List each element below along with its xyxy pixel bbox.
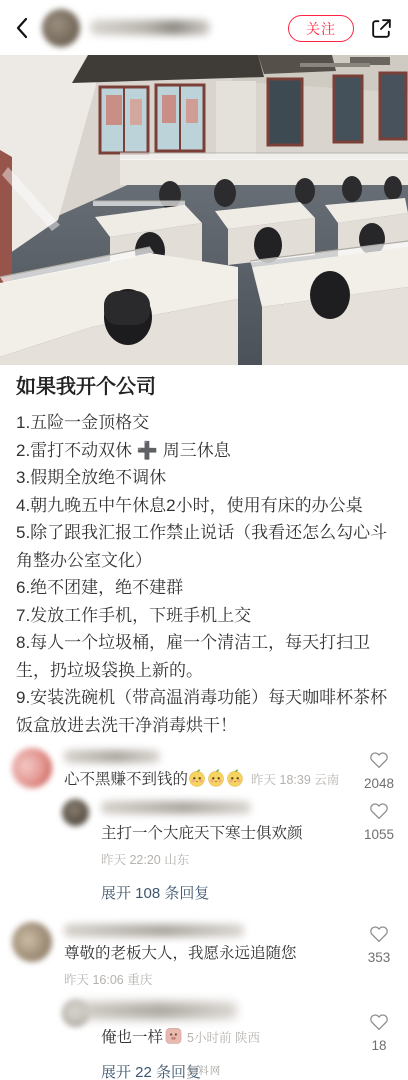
- top-nav-bar: 关注: [0, 0, 408, 55]
- heart-outline-icon: [369, 750, 389, 770]
- post-line: 1.五险一金顶格交: [16, 409, 394, 437]
- like-count: 353: [356, 950, 402, 965]
- post-photo-office[interactable]: [0, 55, 408, 365]
- comment-text-line[interactable]: 俺也一样5小时前 陕西: [101, 1027, 356, 1049]
- author-avatar[interactable]: [42, 9, 80, 47]
- comment-row-reply[interactable]: 主打一个大庇天下寒士俱欢颜 昨天 22:20 山东 展开 108 条回复 105…: [0, 799, 408, 904]
- commenter-avatar[interactable]: [12, 922, 52, 962]
- post-line: 8.每人一个垃圾桶，雇一个清洁工，每天打扫卫生，扔垃圾袋换上新的。: [16, 629, 394, 684]
- comment-row[interactable]: 心不黑赚不到钱的昨天 18:39 云南 2048: [0, 740, 408, 791]
- post-line: 4.朝九晚五中午休息2小时，使用有床的办公桌: [16, 492, 394, 520]
- commenter-avatar[interactable]: [12, 748, 52, 788]
- commenter-username-blurred: [64, 750, 160, 763]
- like-count: 2048: [356, 776, 402, 791]
- post-line: 7.发放工作手机，下班手机上交: [16, 602, 394, 630]
- post-line: 9.安装洗碗机（带高温消毒功能）每天咖啡杯茶杯饭盒放进去洗干净消毒烘干！: [16, 684, 394, 739]
- post-text: 1.五险一金顶格交 2.雷打不动双休 ➕ 周三休息 3.假期全放绝不调休 4.朝…: [16, 409, 394, 739]
- heart-outline-icon: [369, 801, 389, 821]
- author-username-blurred[interactable]: [90, 20, 210, 35]
- commenter-avatar[interactable]: [62, 799, 89, 826]
- comment-meta: 昨天 18:39 云南: [251, 773, 339, 787]
- like-count: 1055: [356, 827, 402, 842]
- comment-row[interactable]: 尊敬的老板大人，我愿永远追随您 昨天 16:06 重庆 353: [0, 922, 408, 988]
- follow-button[interactable]: 关注: [288, 15, 354, 42]
- like-button[interactable]: 353: [356, 922, 402, 965]
- commenter-username-blurred: [64, 924, 244, 937]
- post-line: 5.除了跟我汇报工作禁止说话（我看还怎么勾心斗角整办公室文化）: [16, 519, 394, 574]
- comment-meta: 昨天 16:06 重庆: [64, 970, 356, 988]
- heart-outline-icon: [369, 924, 389, 944]
- comment-meta: 5小时前 陕西: [187, 1031, 260, 1045]
- pink-sticker-emoji: [165, 1027, 182, 1045]
- like-button[interactable]: 1055: [356, 799, 402, 842]
- comment-meta: 昨天 22:20 山东: [101, 850, 356, 868]
- sprout-face-emoji: [188, 769, 206, 787]
- sprout-face-emoji: [207, 769, 225, 787]
- heart-outline-icon: [369, 1012, 389, 1032]
- comment-text-line[interactable]: 主打一个大庇天下寒士俱欢颜: [101, 823, 356, 844]
- sprout-face-emoji: [226, 769, 244, 787]
- expand-replies-link[interactable]: 展开 108 条回复: [101, 884, 356, 904]
- like-count: 18: [356, 1038, 402, 1053]
- watermark: 黑料网: [0, 1063, 408, 1078]
- post-line: 3.假期全放绝不调休: [16, 464, 394, 492]
- post-line: 6.绝不团建，绝不建群: [16, 574, 394, 602]
- comment-text-line[interactable]: 尊敬的老板大人，我愿永远追随您: [64, 943, 356, 964]
- like-button[interactable]: 2048: [356, 748, 402, 791]
- post-line: 2.雷打不动双休 ➕ 周三休息: [16, 437, 394, 465]
- comment-list: 心不黑赚不到钱的昨天 18:39 云南 2048 主打一个大庇天下寒士俱欢颜 昨…: [0, 740, 408, 1080]
- share-icon[interactable]: [369, 16, 394, 41]
- commenter-username-blurred: [67, 1002, 237, 1019]
- post-body: 如果我开个公司 1.五险一金顶格交 2.雷打不动双休 ➕ 周三休息 3.假期全放…: [16, 365, 394, 739]
- back-icon[interactable]: [10, 15, 36, 41]
- post-title: 如果我开个公司: [16, 374, 394, 400]
- commenter-username-blurred: [101, 801, 251, 814]
- like-button[interactable]: 18: [356, 1000, 402, 1053]
- post-detail-page: 关注: [0, 0, 408, 1080]
- comment-text-line[interactable]: 心不黑赚不到钱的昨天 18:39 云南: [64, 769, 356, 791]
